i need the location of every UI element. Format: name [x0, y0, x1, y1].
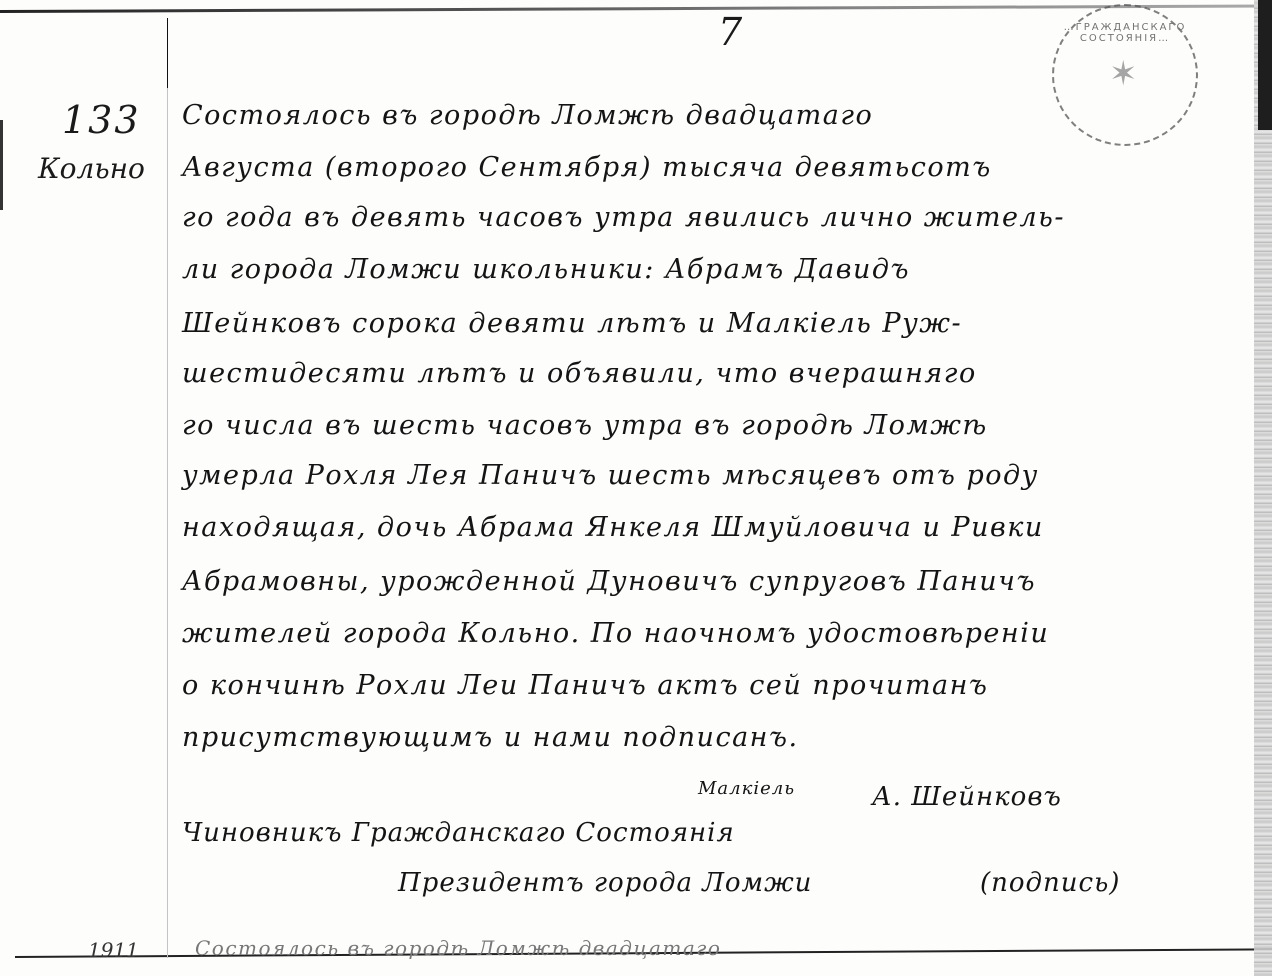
witness-mark-signature: Малкіель	[698, 778, 795, 799]
official-signature: (подпись)	[980, 868, 1120, 898]
record-line-13: присутствующимъ и нами подписанъ.	[182, 722, 799, 753]
margin-rule-top	[167, 18, 168, 88]
record-line-9: находящая, дочь Абрама Янкеля Шмуйловича…	[182, 512, 1044, 543]
record-line-12: о кончинѣ Рохли Леи Паничъ актъ сей проч…	[182, 670, 988, 701]
record-line-10: Абрамовны, урожденной Дуновичъ супруговъ…	[182, 566, 1036, 597]
next-entry-margin-number: 1911	[88, 938, 139, 962]
page-left-edge-mark	[0, 120, 3, 210]
page-right-dark-corner	[1258, 0, 1272, 130]
next-entry-fragment: Состоялось въ городѣ Ломжѣ двадцатаго	[195, 936, 721, 960]
record-line-2: Августа (второго Сентября) тысяча девять…	[182, 152, 992, 183]
stamp-text: …ГРАЖДАНСКАГО СОСТОЯНІЯ…	[1054, 22, 1196, 44]
page-right-binding-edge	[1254, 0, 1272, 976]
record-line-3: го года въ девять часовъ утра явились ли…	[182, 202, 1065, 233]
official-seal-stamp: …ГРАЖДАНСКАГО СОСТОЯНІЯ… ✶	[1052, 4, 1198, 146]
official-role: Президентъ города Ломжи	[398, 868, 812, 898]
witness-signature: А. Шейнковъ	[872, 782, 1062, 812]
scanned-document-page: 7 …ГРАЖДАНСКАГО СОСТОЯНІЯ… ✶ 133 Кольно …	[0, 0, 1272, 976]
record-line-11: жителей города Кольно. По наочномъ удост…	[182, 618, 1049, 649]
official-title: Чиновникъ Гражданскаго Состоянія	[182, 818, 735, 848]
margin-entry-number: 133	[62, 98, 141, 142]
margin-place-name: Кольно	[38, 152, 145, 185]
record-line-1: Состоялось въ городѣ Ломжѣ двадцатаго	[182, 100, 873, 131]
margin-rule-line	[167, 18, 168, 958]
record-line-5: Шейнковъ сорока девяти лѣтъ и Малкіель Р…	[182, 308, 962, 339]
page-top-edge	[0, 4, 1272, 13]
record-line-6: шестидесяти лѣтъ и объявили, что вчерашн…	[182, 358, 977, 389]
eagle-emblem-icon: ✶	[1109, 54, 1138, 94]
record-line-7: го числа въ шесть часовъ утра въ городѣ …	[182, 410, 988, 441]
record-line-8: умерла Рохля Лея Паничъ шесть мѣсяцевъ о…	[182, 460, 1039, 491]
record-line-4: ли города Ломжи школьники: Абрамъ Давидъ	[182, 254, 910, 285]
page-number: 7	[718, 10, 742, 54]
